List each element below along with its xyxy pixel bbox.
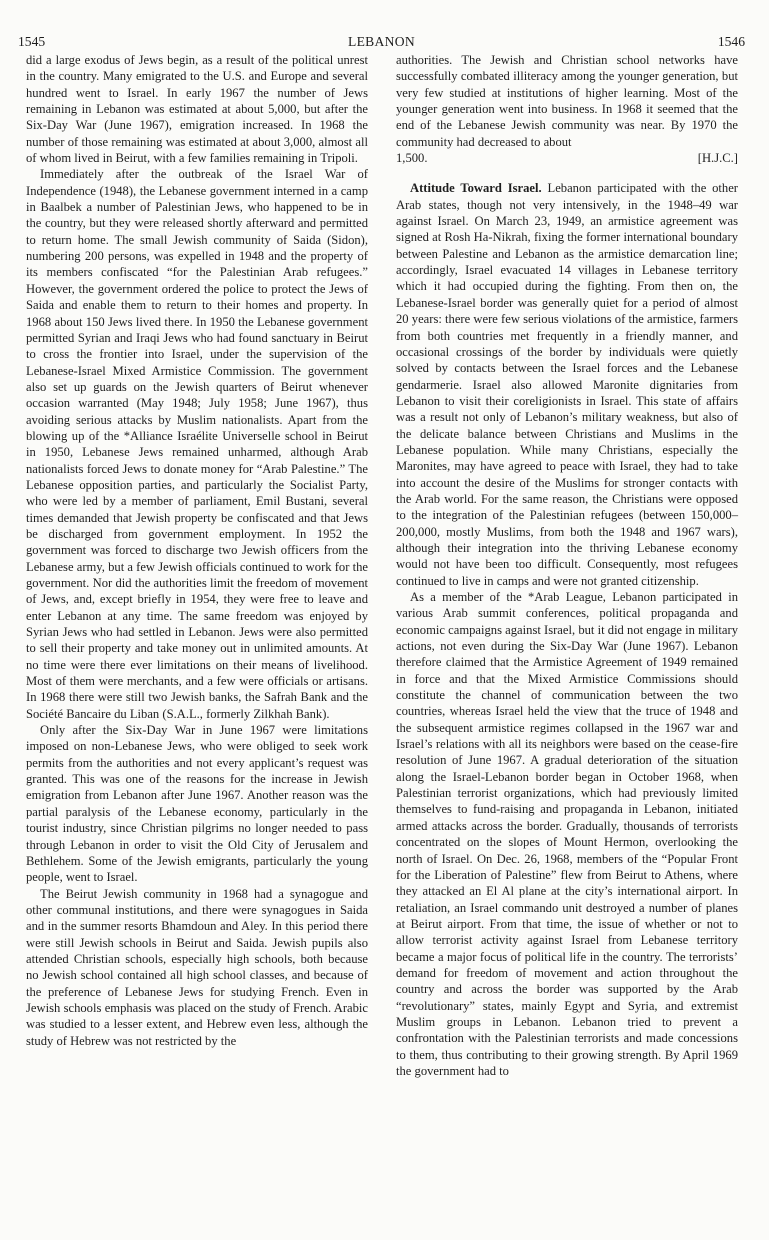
section-text: Lebanon participated with the other Arab…: [396, 181, 738, 587]
encyclopedia-page: 1545 LEBANON 1546 did a large exodus of …: [0, 0, 769, 1240]
section-heading: Attitude Toward Israel.: [410, 181, 542, 195]
signature-line: 1,500. [H.J.C.]: [396, 150, 738, 166]
section-paragraph: Attitude Toward Israel. Lebanon particip…: [396, 180, 738, 589]
paragraph-end: 1,500.: [396, 150, 427, 166]
paragraph: The Beirut Jewish community in 1968 had …: [26, 886, 368, 1049]
paragraph: As a member of the *Arab League, Lebanon…: [396, 589, 738, 1079]
paragraph: Immediately after the outbreak of the Is…: [26, 166, 368, 722]
author-initials: [H.J.C.]: [698, 150, 738, 166]
paragraph: Only after the Six-Day War in June 1967 …: [26, 722, 368, 885]
left-column: did a large exodus of Jews begin, as a r…: [26, 52, 368, 1049]
page-title: LEBANON: [18, 33, 745, 51]
paragraph-continued: authorities. The Jewish and Christian sc…: [396, 52, 738, 150]
page-number-right: 1546: [718, 33, 745, 51]
running-header: 1545 LEBANON 1546: [18, 33, 745, 51]
right-column: authorities. The Jewish and Christian sc…: [396, 52, 738, 1079]
paragraph-continued: did a large exodus of Jews begin, as a r…: [26, 52, 368, 166]
